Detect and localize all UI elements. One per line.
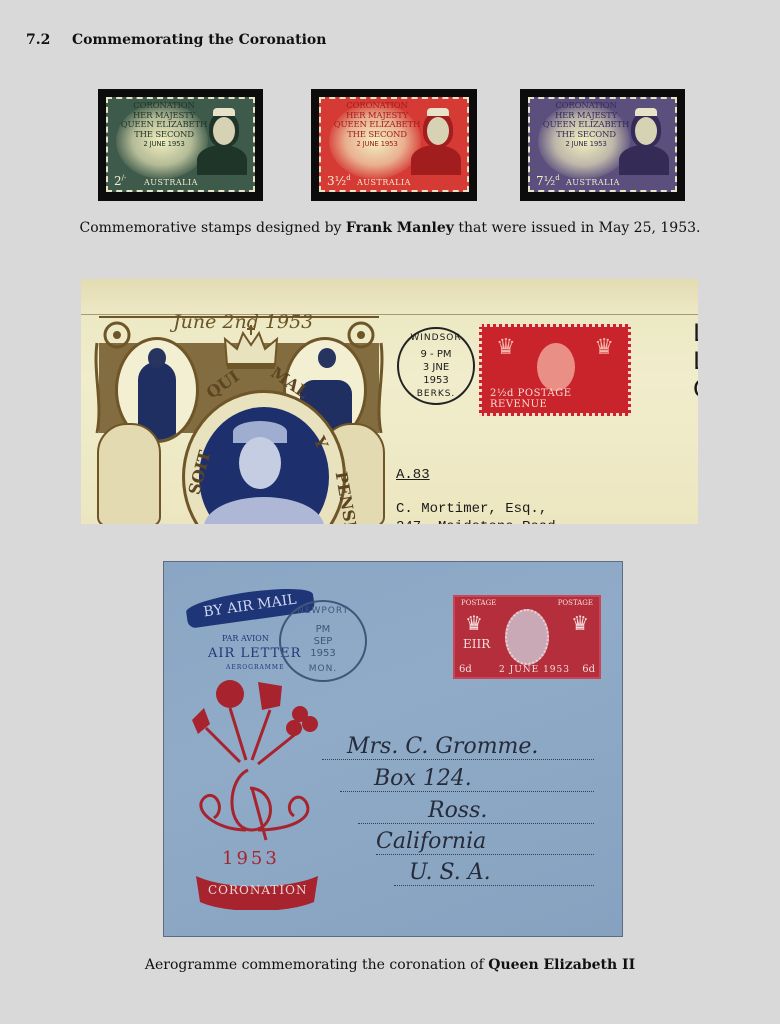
address-line: Box 124. — [374, 766, 472, 791]
crown-icon — [221, 325, 281, 371]
address-line: U. S. A. — [409, 860, 491, 885]
coronation-stamp: CORONATIONHER MAJESTYQUEEN ELIZABETHTHE … — [528, 97, 677, 192]
floral-emblem-icon — [186, 680, 326, 910]
printed-6d-stamp: POSTAGE POSTAGE ♛ ♛ EIIR 6d 2 JUNE 1953 … — [453, 595, 601, 679]
addressee: C. Mortimer, Esq., — [396, 501, 547, 517]
section-number: 7.2 — [26, 32, 72, 48]
windsor-postmark: WINDSOR 9 - PM 3 JNE 1953 BERKS. — [397, 327, 475, 405]
coronation-emblem: 1953 CORONATION — [186, 680, 326, 910]
address-line: California — [376, 829, 486, 854]
stamp-country: AUSTRALIA — [144, 178, 198, 187]
aerogramme-caption: Aerogramme commemorating the coronation … — [0, 957, 780, 973]
emblem-ribbon-text: CORONATION — [208, 883, 307, 897]
queen-portrait — [623, 105, 669, 179]
emblem-year: 1953 — [222, 848, 280, 869]
address-line: 247, Maidstone Road — [396, 519, 556, 524]
address-line: Mrs. C. Gromme. — [347, 734, 538, 759]
newport-postmark: NEWPORT PM SEP 1953 MON. — [279, 600, 367, 682]
crown-icon: ♛ — [465, 611, 483, 635]
reference-number: A.83 — [396, 467, 430, 483]
queen-portrait — [537, 343, 575, 391]
aerogramme: BY AIR MAIL PAR AVION AIR LETTER AEROGRA… — [163, 561, 623, 937]
stamp-value: 2/- — [114, 174, 126, 188]
lion-supporter — [97, 423, 161, 524]
coronation-cachet: June 2nd 1953 SOIT QUI MAL Y PENSE — [93, 313, 385, 524]
queen-portrait — [415, 105, 461, 179]
stamp-value: 7½d — [536, 174, 560, 188]
address-line: Ross. — [428, 798, 487, 823]
queen-name: Queen Elizabeth II — [488, 957, 635, 973]
queen-portrait — [505, 609, 549, 665]
envelope-flap — [81, 279, 698, 315]
stamp-value: 3½d — [327, 174, 351, 188]
gb-coronation-stamp: ♛ ♛ 2½d POSTAGE REVENUE — [479, 324, 631, 416]
stamp-country: AUSTRALIA — [566, 178, 620, 187]
crown-icon: ♛ — [571, 611, 589, 635]
stamp-mount: CORONATIONHER MAJESTYQUEEN ELIZABETHTHE … — [311, 89, 477, 201]
stamp-legend: CORONATIONHER MAJESTYQUEEN ELIZABETHTHE … — [325, 102, 429, 150]
stamps-caption: Commemorative stamps designed by Frank M… — [0, 220, 780, 236]
coronation-stamp: CORONATIONHER MAJESTYQUEEN ELIZABETHTHE … — [106, 97, 255, 192]
slogan-cancel: LONG LIVE QUEEN — [693, 319, 698, 403]
crown-icon: ♛ — [496, 335, 516, 360]
stamp-mount: CORONATIONHER MAJESTYQUEEN ELIZABETHTHE … — [98, 89, 263, 201]
crown-icon: ♛ — [594, 335, 614, 360]
stamp-country: AUSTRALIA — [357, 178, 411, 187]
first-day-cover: June 2nd 1953 SOIT QUI MAL Y PENSE WINDS… — [81, 279, 698, 524]
coronation-stamp: CORONATIONHER MAJESTYQUEEN ELIZABETHTHE … — [319, 97, 469, 192]
section-title: Commemorating the Coronation — [72, 32, 326, 48]
stamp-mount: CORONATIONHER MAJESTYQUEEN ELIZABETHTHE … — [520, 89, 685, 201]
queen-portrait — [201, 105, 247, 179]
section-heading: 7.2Commemorating the Coronation — [26, 32, 326, 48]
royal-cypher: EIIR — [463, 637, 490, 651]
designer-name: Frank Manley — [346, 220, 454, 236]
